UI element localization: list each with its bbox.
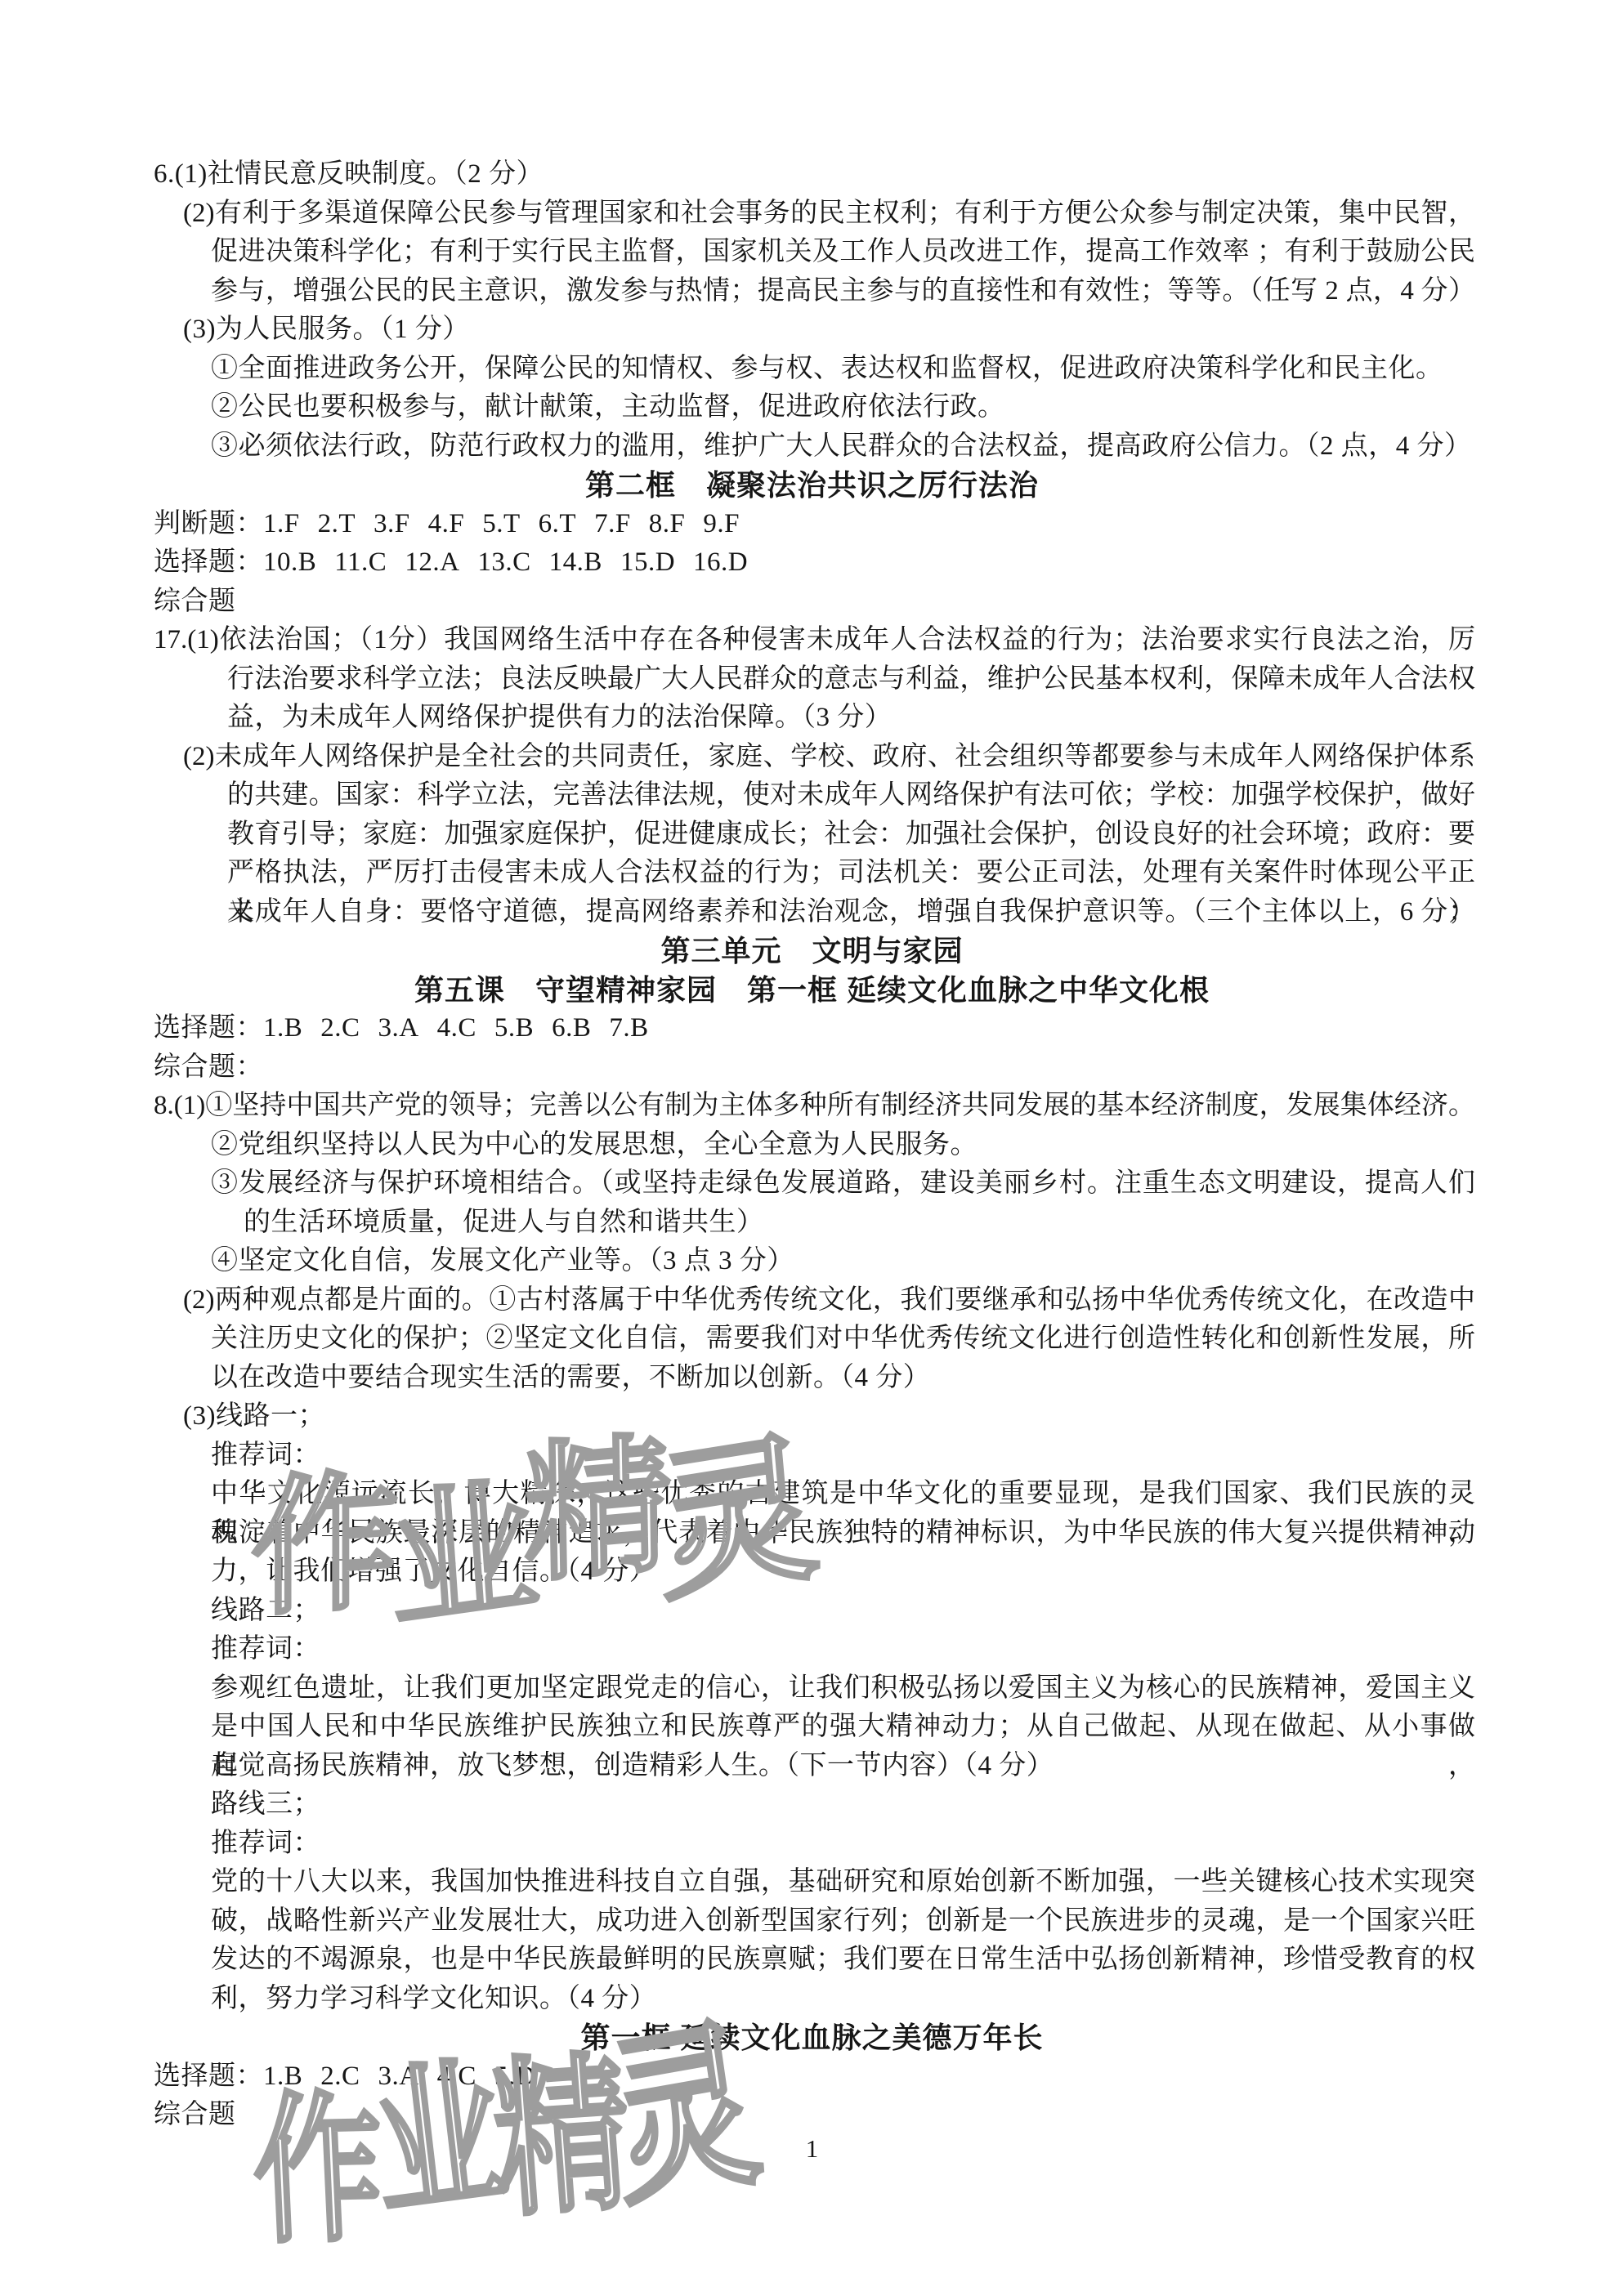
section-heading: 第二框 凝聚法治共识之厉行法治	[0, 466, 1624, 505]
text-line: ①全面推进政务公开，保障公民的知情权、参与权、表达权和监督权，促进政府决策科学化…	[211, 350, 1475, 389]
answer-item: 13.C	[477, 547, 530, 577]
answer-row-label: 选择题：	[154, 1013, 263, 1043]
answer-item: 11.C	[334, 547, 387, 577]
text-line: (2)两种观点都是片面的。①古村落属于中华优秀传统文化，我们要继承和弘扬中华优秀…	[183, 1281, 1475, 1320]
text-line: 力，让我们增强了文化自信。（4 分）	[211, 1552, 1475, 1592]
answer-item: 15.D	[620, 547, 675, 577]
answer-item: 14.B	[549, 547, 602, 577]
text-line: 严格执法，严厉打击侵害未成人合法权益的行为；司法机关：要公正司法，处理有关案件时…	[227, 854, 1475, 893]
answer-item: 6.T	[539, 509, 576, 538]
answer-row: 判断题：1.F2.T3.F4.F5.T6.T7.F8.F9.F	[154, 505, 1475, 544]
answer-row: 选择题：10.B11.C12.A13.C14.B15.D16.D	[154, 543, 1475, 583]
answer-item: 10.B	[263, 547, 316, 577]
answer-item: 4.C	[437, 1013, 476, 1043]
answer-item: 1.B	[263, 1013, 302, 1043]
text-line: 未成年人自身：要恪守道德，提高网络素养和法治观念，增强自我保护意识等。（三个主体…	[227, 893, 1475, 932]
answer-item: 7.B	[609, 1013, 648, 1043]
text-line: 的生活环境质量，促进人与自然和谐共生）	[244, 1204, 1475, 1243]
answer-item: 2.C	[320, 1013, 360, 1043]
text-line: 关注历史文化的保护；②坚定文化自信，需要我们对中华优秀传统文化进行创造性转化和创…	[211, 1320, 1475, 1359]
text-line: 中华文化源远流长，博大精深，这些优秀的古建筑是中华文化的重要显现，是我们国家、我…	[211, 1475, 1475, 1514]
text-line: 推荐词：	[211, 1825, 1475, 1864]
text-line: 6.(1)社情民意反映制度。（2 分）	[154, 155, 1475, 194]
answer-item: 12.A	[405, 547, 459, 577]
text-line: 路线三；	[211, 1785, 1475, 1825]
answer-item: 2.C	[320, 2061, 360, 2091]
text-line: 综合题：	[154, 1048, 1475, 1088]
answer-item: 3.F	[374, 509, 410, 538]
answer-row-label: 选择题：	[154, 547, 263, 577]
text-line: ②公民也要积极参与，献计献策，主动监督，促进政府依法行政。	[211, 388, 1475, 427]
answer-row-label: 判断题：	[154, 509, 263, 538]
text-line: 17.(1)依法治国；（1分）我国网络生活中存在各种侵害未成年人合法权益的行为；…	[154, 621, 1475, 660]
text-line: ③发展经济与保护环境相结合。（或坚持走绿色发展道路，建设美丽乡村。注重生态文明建…	[211, 1164, 1475, 1204]
text-line: 推荐词：	[211, 1630, 1475, 1669]
answer-item: 4.F	[428, 509, 465, 538]
text-line: 8.(1)①坚持中国共产党的领导；完善以公有制为主体多种所有制经济共同发展的基本…	[154, 1087, 1475, 1126]
answer-item: 8.F	[649, 509, 686, 538]
answer-row-label: 选择题：	[154, 2061, 263, 2091]
answer-item: 1.F	[263, 509, 300, 538]
answer-item: 5.T	[482, 509, 520, 538]
text-line: 是中国人民和中华民族维护民族独立和民族尊严的强大精神动力；从自己做起、从现在做起…	[211, 1708, 1475, 1747]
text-line: (2)未成年人网络保护是全社会的共同责任，家庭、学校、政府、社会组织等都要参与未…	[183, 738, 1475, 777]
text-line: 破，战略性新兴产业发展壮大，成功进入创新型国家行列；创新是一个民族进步的灵魂，是…	[211, 1902, 1475, 1941]
text-line: 积淀着中华民族最深层的精神追求，代表着中华民族独特的精神标识，为中华民族的伟大复…	[211, 1514, 1475, 1553]
text-line: 推荐词：	[211, 1436, 1475, 1476]
text-line: 行法治要求科学立法；良法反映最广大人民群众的意志与利益，维护公民基本权利，保障未…	[227, 660, 1475, 699]
answer-item: 1.B	[263, 2061, 302, 2091]
text-line: 综合题	[154, 2096, 1475, 2135]
answer-item: 6.B	[552, 1013, 591, 1043]
answer-item: 2.T	[318, 509, 356, 538]
text-line: (3)线路一；	[183, 1397, 1475, 1436]
answer-item: 7.F	[594, 509, 631, 538]
text-line: 以在改造中要结合现实生活的需要，不断加以创新。（4 分）	[211, 1359, 1475, 1398]
text-line: ④坚定文化自信，发展文化产业等。（3 点 3 分）	[211, 1242, 1475, 1281]
document-page: 6.(1)社情民意反映制度。（2 分）(2)有利于多渠道保障公民参与管理国家和社…	[0, 0, 1624, 2296]
text-line: ③必须依法行政，防范行政权力的滥用，维护广大人民群众的合法权益，提高政府公信力。…	[211, 427, 1475, 467]
text-line: 综合题	[154, 583, 1475, 622]
answer-item: 5.D	[494, 2061, 535, 2091]
section-heading: 第五课 守望精神家园 第一框 延续文化血脉之中华文化根	[0, 971, 1624, 1010]
text-line: 促进决策科学化；有利于实行民主监督，国家机关及工作人员改进工作，提高工作效率 ；…	[211, 233, 1475, 272]
answer-item: 3.A	[378, 1013, 419, 1043]
text-line: 的共建。国家：科学立法，完善法律法规，使对未成年人网络保护有法可依；学校：加强学…	[227, 776, 1475, 815]
answer-row: 选择题：1.B2.C3.A4.C5.B6.B7.B	[154, 1009, 1475, 1048]
answer-item: 5.B	[494, 1013, 534, 1043]
text-line: 发达的不竭源泉，也是中华民族最鲜明的民族禀赋；我们要在日常生活中弘扬创新精神，珍…	[211, 1941, 1475, 1980]
text-line: 参观红色遗址，让我们更加坚定跟党走的信心，让我们积极弘扬以爱国主义为核心的民族精…	[211, 1669, 1475, 1709]
text-line: 线路二；	[211, 1592, 1475, 1631]
text-line: (2)有利于多渠道保障公民参与管理国家和社会事务的民主权利；有利于方便公众参与制…	[183, 194, 1475, 234]
answer-key-content: 6.(1)社情民意反映制度。（2 分）(2)有利于多渠道保障公民参与管理国家和社…	[0, 155, 1624, 2135]
answer-item: 3.A	[378, 2061, 419, 2091]
answer-item: 4.C	[437, 2061, 476, 2091]
text-line: 教育引导；家庭：加强家庭保护，促进健康成长；社会：加强社会保护，创设良好的社会环…	[227, 815, 1475, 855]
section-heading: 第三单元 文明与家园	[0, 931, 1624, 971]
text-line: ②党组织坚持以人民为中心的发展思想，全心全意为人民服务。	[211, 1126, 1475, 1165]
text-line: 利，努力学习科学文化知识。（4 分）	[211, 1980, 1475, 2019]
section-heading: 第一框 延续文化血脉之美德万年长	[0, 2018, 1624, 2057]
answer-item: 9.F	[703, 509, 740, 538]
answer-item: 16.D	[693, 547, 748, 577]
text-line: (3)为人民服务。（1 分）	[183, 310, 1475, 350]
text-line: 益，为未成年人网络保护提供有力的法治保障。（3 分）	[227, 699, 1475, 738]
text-line: 党的十八大以来，我国加快推进科技自立自强，基础研究和原始创新不断加强，一些关键核…	[211, 1863, 1475, 1902]
answer-row: 选择题：1.B2.C3.A4.C5.D	[154, 2057, 1475, 2097]
text-line: 参与，增强公民的民主意识，激发参与热情；提高民主参与的直接性和有效性；等等。（任…	[211, 272, 1475, 311]
page-number: 1	[0, 2134, 1624, 2164]
